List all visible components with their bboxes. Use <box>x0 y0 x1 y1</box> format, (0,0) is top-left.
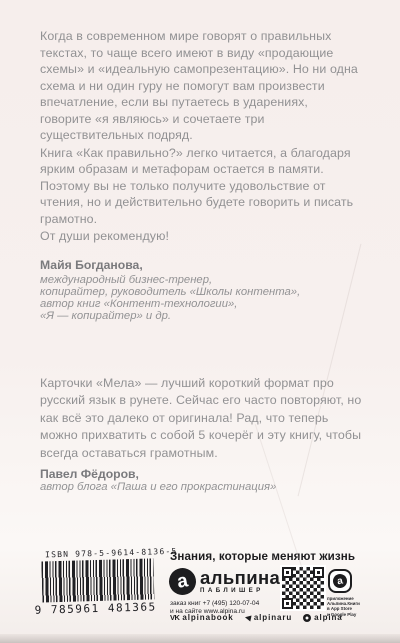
barcode-digit-group: 785961 <box>51 602 100 616</box>
publisher-footer: ISBN 978-5-9614-8136-5 9 785961 481365 З… <box>0 0 400 643</box>
vk-icon: VK <box>170 613 179 622</box>
qr-finder-pattern <box>313 567 324 578</box>
barcode-bars <box>41 558 154 602</box>
app-availability-note: приложение Альпина.Книги в App Store и G… <box>327 596 371 617</box>
social-handle-label: alpinabook <box>182 613 233 622</box>
page-edge-shadow <box>0 634 400 643</box>
social-telegram: ◀ alpinaru <box>245 613 292 622</box>
publisher-wordmark: альпина ПАБЛИШЕР <box>200 569 280 594</box>
publisher-logo: а альпина ПАБЛИШЕР <box>169 568 280 595</box>
barcode: ISBN 978-5-9614-8136-5 9 785961 481365 <box>33 547 161 624</box>
telegram-icon: ◀ <box>244 612 252 622</box>
alpina-logo-icon: а <box>167 566 198 597</box>
publisher-name: альпина <box>200 569 280 586</box>
alpina-app-icon: а <box>328 569 352 593</box>
qr-finder-pattern <box>282 567 293 578</box>
order-phone-line: заказ книг +7 (495) 120-07-04 <box>170 600 259 607</box>
barcode-digit-group: 9 <box>34 604 42 617</box>
social-handle-label: alpinaru <box>254 613 292 622</box>
dzen-icon <box>303 614 311 622</box>
qr-finder-pattern <box>282 598 293 609</box>
isbn-label: ISBN 978-5-9614-8136-5 <box>45 547 159 559</box>
book-back-cover: Когда в современном мире говорят о прави… <box>0 0 400 643</box>
publisher-tagline: Знания, которые меняют жизнь <box>170 550 355 563</box>
publisher-subtitle: ПАБЛИШЕР <box>200 587 280 594</box>
qr-code <box>282 567 324 609</box>
social-handles: VK alpinabook ◀ alpinaru alpina <box>170 613 343 622</box>
barcode-digit-group: 481365 <box>108 600 157 614</box>
app-note-line: и Google Play <box>327 612 371 617</box>
barcode-digits: 9 785961 481365 <box>34 600 156 616</box>
alpina-logo-icon: а <box>332 573 348 589</box>
social-vk: VK alpinabook <box>170 613 234 622</box>
